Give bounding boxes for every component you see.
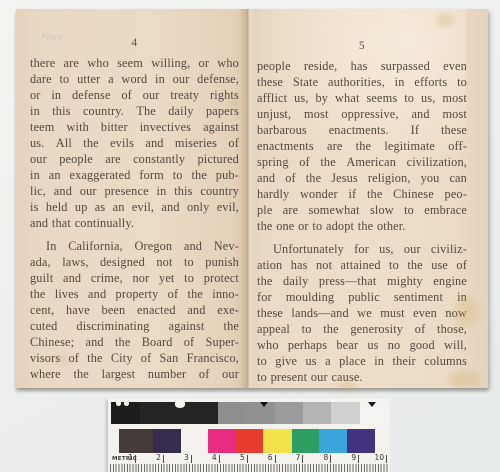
ruler-number: 6 [268, 453, 273, 462]
calibration-patch [303, 402, 331, 424]
stain [338, 381, 356, 392]
calibration-card: METRIC 12345678910 [108, 398, 390, 472]
stain [448, 371, 480, 387]
text-line: lic,andourpresenceinthiscountry [30, 183, 239, 199]
notch-mark [116, 402, 121, 406]
calibration-patch [236, 429, 263, 453]
text-line: wherethelargestnumberofour [30, 366, 239, 382]
text-line: Unfortunatelyforus,ourciviliz- [257, 241, 467, 257]
calibration-patch [263, 429, 292, 453]
text-line: hardlywonderiftheChinesepeo- [257, 186, 467, 202]
text-line: and that continually. [30, 215, 239, 231]
text-line: thedailypress—thatmightyengine [257, 273, 467, 289]
text-line: enactmentsarethelegitimateoff- [257, 138, 467, 154]
color-patch-bar [119, 429, 375, 453]
open-booklet: x904 4 5 therearewhoseemwilling,orwhodar… [16, 9, 488, 388]
centimeter-tick [219, 455, 220, 463]
text-line: peoplereside,hassurpassedeven [257, 58, 467, 74]
text-line: afflictus,bywhatseemstous,most [257, 90, 467, 106]
ruler-number: 4 [212, 453, 217, 462]
text-line: ada,laws,designednottopunish [30, 254, 239, 270]
text-line: us.Alltheevilsandmiseriesof [30, 135, 239, 151]
text-line: therearewhoseemwilling,orwho [30, 55, 239, 71]
notch-mark [175, 402, 185, 408]
centimeter-tick [302, 455, 303, 463]
calibration-patch [331, 402, 360, 424]
text-line: orindefenseofourtreatyrights [30, 87, 239, 103]
calibration-patch [208, 429, 236, 453]
text-line: springoftheAmericancivilization, [257, 154, 467, 170]
text-line: theselands—andwemustevennow [257, 305, 467, 321]
page-number-right: 5 [257, 40, 467, 52]
ruler-number: 8 [324, 453, 329, 462]
text-line: plearesomewhatslowtoembrace [257, 202, 467, 218]
text-line: ourpeopleareconstantlypictured [30, 151, 239, 167]
paragraph: therearewhoseemwilling,orwhodaretouttera… [30, 55, 239, 231]
centimeter-tick [386, 455, 387, 463]
centimeter-tick [247, 455, 248, 463]
paragraph: peoplereside,hassurpassedeventheseStatea… [257, 58, 467, 234]
notch-mark [124, 402, 129, 406]
calibration-patch [292, 429, 319, 453]
gutter-shadow [240, 9, 256, 388]
text-line: theseStateauthorities,ineffortsto [257, 74, 467, 90]
text-line: isheldupasanevil,andonlyevil, [30, 199, 239, 215]
centimeter-tick [275, 455, 276, 463]
ruler-number: 10 [375, 453, 385, 462]
ruler-number: 2 [156, 453, 161, 462]
centimeter-tick [358, 455, 359, 463]
text-line: barbarousenactments.Ifthese [257, 122, 467, 138]
text-line: guiltandcrime,noryettoprotect [30, 270, 239, 286]
millimeter-ticks [110, 464, 389, 472]
calibration-patch [119, 429, 153, 453]
text-line: to present our cause. [257, 369, 467, 385]
text-line: cent,havebeenenactedandexe- [30, 302, 239, 318]
calibration-patch [218, 402, 246, 424]
ruler-number: 9 [351, 453, 356, 462]
paragraph: Unfortunatelyforus,ourciviliz-ationhasno… [257, 241, 467, 385]
ruler-number: 5 [240, 453, 245, 462]
centimeter-tick [191, 455, 192, 463]
calibration-patch [347, 429, 375, 453]
calibration-patch [181, 429, 208, 453]
text-line: appealtothegenerosityofthose, [257, 321, 467, 337]
page-4-text: therearewhoseemwilling,orwhodaretouttera… [30, 55, 239, 382]
centimeter-tick [330, 455, 331, 463]
page-5-text: peoplereside,hassurpassedeventheseStatea… [257, 58, 467, 385]
stain [56, 354, 69, 364]
arrow-mark-icon [368, 402, 376, 407]
stain [454, 297, 478, 327]
text-line: thelivesandpropertyoftheinno- [30, 286, 239, 302]
text-line: whoperhapsbearusnogoodwill, [257, 337, 467, 353]
calibration-patch [319, 429, 347, 453]
metric-ruler: METRIC 12345678910 [108, 453, 390, 472]
text-line: andoftheJesusreligion,youcan [257, 170, 467, 186]
text-line: daretoutterawordinourdefense, [30, 71, 239, 87]
text-line: teemwithbitterinvectivesagainst [30, 119, 239, 135]
ruler-label: METRIC [112, 456, 137, 462]
arrow-mark-icon [260, 402, 268, 407]
text-line: inanexaggeratedformtothepub- [30, 167, 239, 183]
text-line: ationhasnotattainedtotheuseof [257, 257, 467, 273]
centimeter-tick [163, 455, 164, 463]
text-line: the one or to adopt the other. [257, 218, 467, 234]
text-line: cuteddiscriminatingagainstthe [30, 318, 239, 334]
calibration-patch [153, 429, 181, 453]
text-line: togiveusaplaceintheircolumns [257, 353, 467, 369]
calibration-patch [275, 402, 303, 424]
text-line: unjust,mostoppressive,andmost [257, 106, 467, 122]
text-line: inthiscountry.Thedailypapers [30, 103, 239, 119]
ruler-number: 1 [128, 453, 133, 462]
stain [436, 14, 454, 27]
text-line: Chinese;andtheBoardofSuper- [30, 334, 239, 350]
ruler-number: 7 [296, 453, 301, 462]
gray-scale-bar [111, 402, 390, 424]
centimeter-tick [135, 455, 136, 463]
text-line: formouldingpublicsentimentin [257, 289, 467, 305]
ruler-number: 3 [184, 453, 189, 462]
stain [228, 97, 239, 112]
text-line: InCalifornia,OregonandNev- [30, 238, 239, 254]
page-number-left: 4 [30, 37, 239, 49]
